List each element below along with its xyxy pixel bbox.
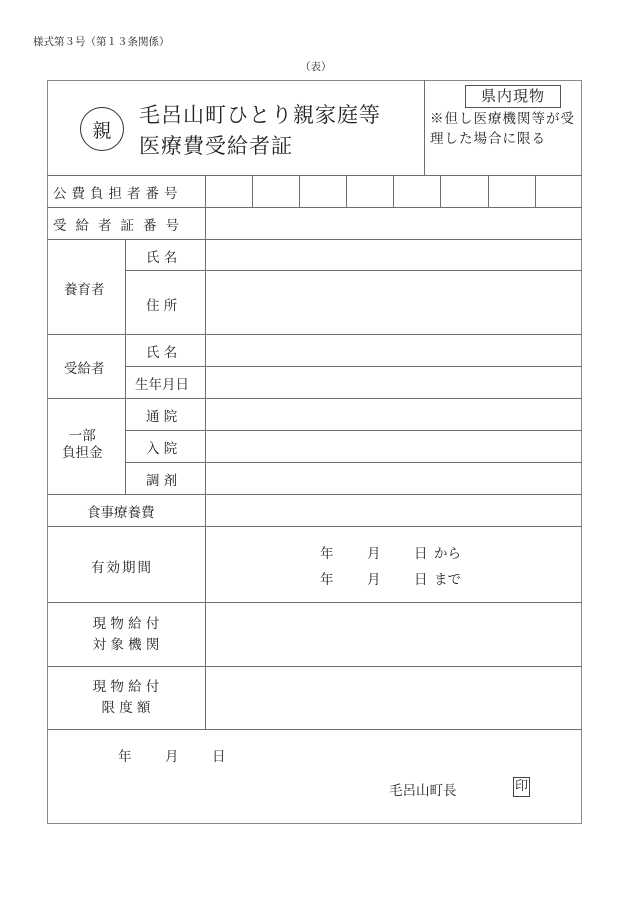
copay-group-label: 一部 負担金	[62, 428, 103, 462]
validity-to-month: 月	[367, 568, 381, 588]
divider	[47, 729, 582, 730]
issue-day: 日	[212, 745, 226, 765]
in-kind-institution-line-1: 現 物 給 付	[47, 614, 205, 635]
payer-digit-5[interactable]	[394, 176, 440, 207]
in-kind-limit-label: 現 物 給 付 限 度 額	[47, 677, 205, 719]
recipient-birthdate-field[interactable]	[206, 367, 582, 398]
prefecture-in-kind-badge: 県内現物	[465, 85, 561, 108]
guardian-address-field[interactable]	[206, 271, 582, 334]
outpatient-label: 通 院	[146, 405, 177, 425]
in-kind-limit-field[interactable]	[206, 667, 582, 729]
title-line-1: 毛呂山町ひとり親家庭等	[139, 100, 381, 131]
payer-digit-1[interactable]	[206, 176, 252, 207]
validity-to-year: 年	[320, 568, 334, 588]
pharmacy-field[interactable]	[206, 463, 582, 494]
issuer-name: 毛呂山町長	[389, 779, 457, 799]
group-column-divider	[125, 239, 126, 494]
guardian-group-label: 養育者	[64, 278, 105, 298]
recipient-name-field[interactable]	[206, 335, 582, 366]
outpatient-field[interactable]	[206, 399, 582, 430]
validity-from-suffix: から	[434, 542, 461, 562]
in-kind-limit-line-2: 限 度 額	[47, 698, 205, 719]
parent-symbol-icon: 親	[80, 107, 124, 151]
certificate-title: 毛呂山町ひとり親家庭等 医療費受給者証	[139, 100, 381, 162]
form-id: 様式第３号（第１３条関係）	[33, 34, 170, 49]
validity-label: 有効期間	[91, 556, 153, 576]
recipient-number-field[interactable]	[206, 208, 582, 239]
inpatient-field[interactable]	[206, 431, 582, 462]
in-kind-institution-field[interactable]	[206, 603, 582, 666]
header-divider	[424, 80, 425, 175]
payer-digit-3[interactable]	[300, 176, 346, 207]
title-line-2: 医療費受給者証	[139, 131, 381, 162]
validity-from-month: 月	[367, 542, 381, 562]
inpatient-label: 入 院	[146, 437, 177, 457]
side-label: （表）	[300, 59, 332, 74]
validity-from-year: 年	[320, 542, 334, 562]
validity-from-day: 日	[414, 542, 428, 562]
copay-label-line-1: 一部	[62, 428, 103, 445]
validity-to-day: 日	[414, 568, 428, 588]
payer-digit-8[interactable]	[536, 176, 582, 207]
copay-label-line-2: 負担金	[62, 445, 103, 462]
payer-digit-7[interactable]	[489, 176, 535, 207]
meal-cost-label: 食事療養費	[87, 501, 155, 521]
guardian-name-field[interactable]	[206, 240, 582, 270]
in-kind-note: ※但し医療機関等が受理した場合に限る	[430, 109, 580, 149]
in-kind-institution-label: 現 物 給 付 対 象 機 関	[47, 614, 205, 656]
guardian-name-label: 氏 名	[146, 246, 177, 266]
issue-month: 月	[165, 745, 179, 765]
recipient-group-label: 受給者	[64, 357, 105, 377]
in-kind-institution-line-2: 対 象 機 関	[47, 635, 205, 656]
meal-cost-field[interactable]	[206, 495, 582, 526]
recipient-number-label: 受給者証番号	[53, 214, 188, 234]
payer-digit-4[interactable]	[347, 176, 393, 207]
divider	[47, 526, 582, 527]
payer-digit-6[interactable]	[441, 176, 488, 207]
issue-year: 年	[118, 745, 132, 765]
payer-digit-2[interactable]	[253, 176, 299, 207]
guardian-address-label: 住 所	[146, 294, 177, 314]
payer-number-label: 公費負担者番号	[53, 182, 183, 202]
in-kind-limit-line-1: 現 物 給 付	[47, 677, 205, 698]
pharmacy-label: 調 剤	[146, 469, 177, 489]
recipient-birthdate-label: 生年月日	[135, 373, 189, 393]
recipient-name-label: 氏 名	[146, 341, 177, 361]
validity-to-suffix: まで	[434, 568, 461, 588]
seal-stamp-icon: 印	[513, 777, 530, 797]
